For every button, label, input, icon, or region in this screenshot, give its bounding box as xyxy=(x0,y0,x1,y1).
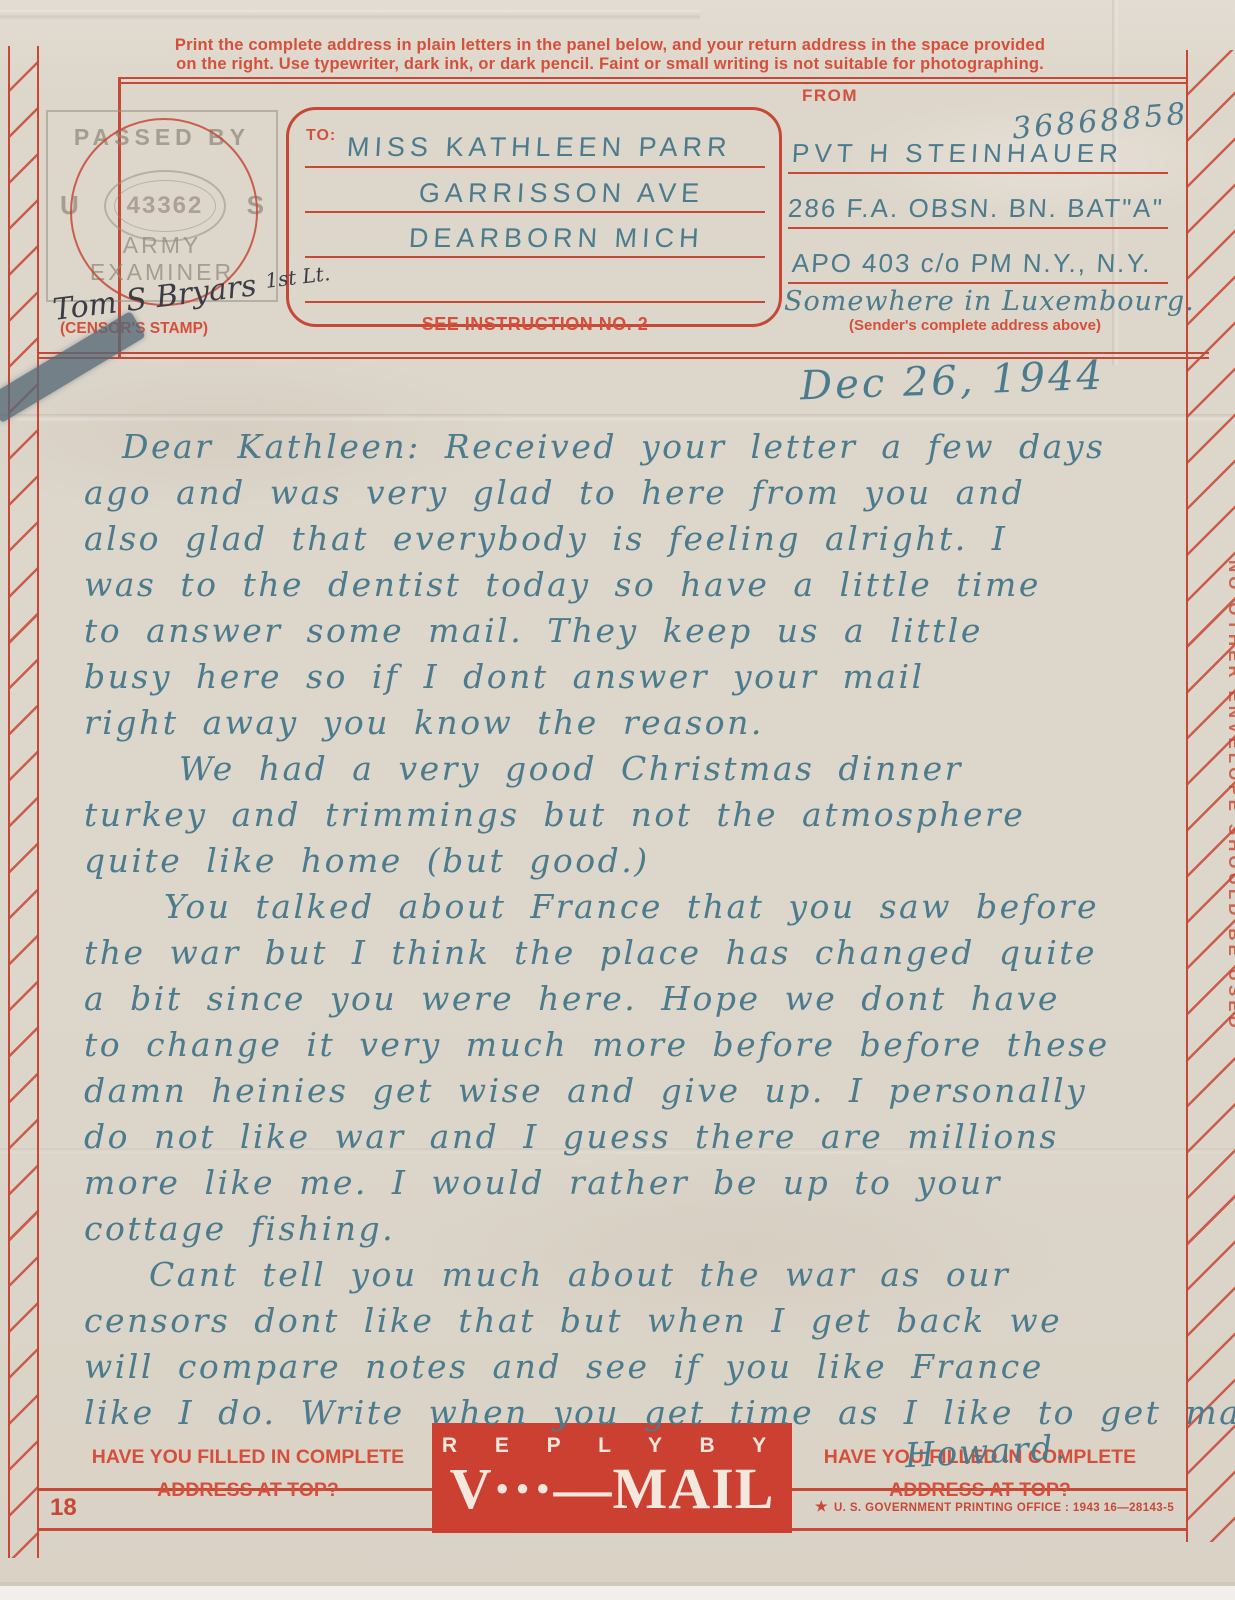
letter-line: ago and was very glad to here from you a… xyxy=(84,470,1184,516)
address-rule xyxy=(305,211,765,213)
to-name: MISS KATHLEEN PARR xyxy=(346,132,732,163)
letter-line: more like me. I would rather be up to yo… xyxy=(84,1160,1184,1206)
to-street: GARRISSON AVE xyxy=(418,178,705,209)
vmail-logo-box: R E P L Y B Y V···—MAIL xyxy=(432,1423,792,1533)
letter-line: to change it very much more before befor… xyxy=(84,1022,1184,1068)
letter-line: We had a very good Christmas dinner xyxy=(84,746,1184,792)
address-rule xyxy=(305,301,765,303)
sender-location: Somewhere in Luxembourg. xyxy=(784,286,1195,317)
letter-line: cottage fishing. xyxy=(84,1206,1184,1252)
scan-edge xyxy=(0,1586,1235,1600)
reminder-line2: ADDRESS AT TOP? xyxy=(800,1474,1160,1507)
vmail-letter-scan: Print the complete address in plain lett… xyxy=(0,0,1235,1600)
letter-line: censors dont like that but when I get ba… xyxy=(84,1298,1184,1344)
letter-line: turkey and trimmings but not the atmosph… xyxy=(84,792,1184,838)
paper-crease xyxy=(0,10,700,20)
letter-line: busy here so if I dont answer your mail xyxy=(84,654,1184,700)
letter-line: the war but I think the place has change… xyxy=(84,930,1184,976)
address-reminder-left: HAVE YOU FILLED IN COMPLETE ADDRESS AT T… xyxy=(68,1441,428,1507)
letter-line: also glad that everybody is feeling alri… xyxy=(84,516,1184,562)
left-hatched-border xyxy=(8,46,39,1558)
letter-date: Dec 26, 1944 xyxy=(799,353,1105,410)
address-rule xyxy=(305,166,765,168)
sender-apo: APO 403 c/o PM N.Y., N.Y. xyxy=(791,248,1152,279)
sender-note: (Sender's complete address above) xyxy=(810,317,1140,334)
form-instructions-line2: on the right. Use typewriter, dark ink, … xyxy=(130,55,1090,74)
letter-line: quite like home (but good.) xyxy=(84,838,1184,884)
letter-line: do not like war and I guess there are mi… xyxy=(84,1114,1184,1160)
vmail-logo-text: V···—MAIL xyxy=(432,1458,792,1520)
to-label: TO: xyxy=(306,127,336,145)
letter-signature: Howard. xyxy=(904,1428,1068,1476)
letter-line: right away you know the reason. xyxy=(84,700,1184,746)
letter-line: Dear Kathleen: Received your letter a fe… xyxy=(84,424,1184,470)
from-label: FROM xyxy=(802,86,858,106)
letter-line: Cant tell you much about the war as our xyxy=(84,1252,1184,1298)
reminder-line1: HAVE YOU FILLED IN COMPLETE xyxy=(68,1441,428,1474)
to-address-panel: TO: MISS KATHLEEN PARR GARRISSON AVE DEA… xyxy=(286,107,782,327)
form-instructions-line1: Print the complete address in plain lett… xyxy=(130,36,1090,55)
letter-line: will compare notes and see if you like F… xyxy=(84,1344,1184,1390)
censor-signature-rank: 1st Lt. xyxy=(264,261,332,293)
form-instructions: Print the complete address in plain lett… xyxy=(130,36,1090,74)
reminder-line2: ADDRESS AT TOP? xyxy=(68,1474,428,1507)
letter-line: You talked about France that you saw bef… xyxy=(84,884,1184,930)
see-instruction-note: SEE INSTRUCTION NO. 2 xyxy=(350,314,720,335)
address-rule xyxy=(788,282,1168,284)
to-city: DEARBORN MICH xyxy=(408,223,704,254)
sender-unit: 286 F.A. OBSN. BN. BAT"A" xyxy=(787,193,1164,224)
letter-line: like I do. Write when you get time as I … xyxy=(84,1390,1184,1436)
address-rule xyxy=(305,256,765,258)
letter-line: to answer some mail. They keep us a litt… xyxy=(84,608,1184,654)
letter-line: damn heinies get wise and give up. I per… xyxy=(84,1068,1184,1114)
edge-vertical-text: NO OTHER ENVELOPE SHOULD BE USED xyxy=(1224,560,1235,1080)
header-top-rule xyxy=(118,77,1186,84)
paper-fold-line xyxy=(0,414,1235,422)
letter-line: a bit since you were here. Hope we dont … xyxy=(84,976,1184,1022)
address-rule xyxy=(788,227,1168,229)
reply-by-text: R E P L Y B Y xyxy=(432,1434,792,1458)
letter-body: Dear Kathleen: Received your letter a fe… xyxy=(84,424,1184,1436)
sender-name: PVT H STEINHAUER xyxy=(791,138,1124,169)
address-rule xyxy=(788,172,1168,174)
letter-line: was to the dentist today so have a littl… xyxy=(84,562,1184,608)
